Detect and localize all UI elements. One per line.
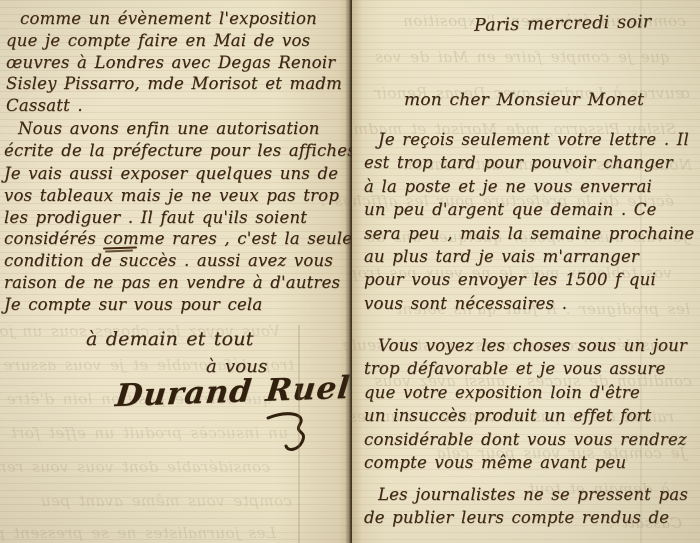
- paragraph: comme un évènement l'exposition que je c…: [6, 8, 342, 117]
- bleed-through-line: compte vous même avant peu: [41, 492, 293, 510]
- letter-line: vous sont nécessaires .: [364, 292, 694, 315]
- letter-line: pour vous envoyer les 1500 f qui: [364, 268, 694, 291]
- letter-line: les prodiguer . Il faut qu'ils soient: [4, 207, 352, 229]
- bleed-through-line: Les journalistes ne se pressent pas: [0, 524, 276, 542]
- letter-line: que je compte faire en Mai de vos: [6, 30, 342, 52]
- bleed-through-text: Vous voyez les choses sous un jour trop …: [0, 316, 300, 543]
- paragraph: Je reçois seulement votre lettre . Il es…: [364, 128, 694, 315]
- fold-crease: [298, 325, 300, 543]
- fold-crease: [640, 0, 642, 543]
- letter-scan: Vous voyez les choses sous un jour trop …: [0, 0, 700, 543]
- dateline: Paris mercredi soir: [474, 12, 652, 36]
- closing-line: à demain et tout: [86, 328, 254, 350]
- letter-line: Nous avons enfin une autorisation: [4, 118, 369, 140]
- salutation: mon cher Monsieur Monet: [404, 90, 644, 110]
- letter-line: considérés comme rares , c'est la seule: [4, 228, 352, 250]
- letter-line: considérable dont vous vous rendrez: [364, 428, 687, 451]
- letter-line: Cassatt .: [6, 95, 342, 117]
- letter-line: trop défavorable et je vous assure: [364, 357, 687, 380]
- letter-line: Je vais aussi exposer quelques uns de: [4, 163, 352, 185]
- bleed-through-line: considérable dont vous vous rendrez: [0, 458, 270, 476]
- letter-line: Je reçois seulement votre lettre . Il: [364, 128, 694, 151]
- letter-line: Sisley Pissarro, mde Morisot et madm: [6, 73, 342, 95]
- signature-paraph: [262, 408, 318, 456]
- letter-line: sera peu , mais la semaine prochaine: [364, 222, 694, 245]
- letter-page-right: comme un évènement l'exposition que je c…: [352, 0, 700, 543]
- letter-line: Vous voyez les choses sous un jour: [364, 334, 687, 357]
- paragraph: Je vais aussi exposer quelques uns de vo…: [4, 163, 352, 316]
- letter-line: un insuccès produit un effet fort: [364, 404, 687, 427]
- letter-line: condition de succès . aussi avez vous: [4, 250, 352, 272]
- letter-line: raison de ne pas en vendre à d'autres: [4, 272, 352, 294]
- bleed-through-line: un insuccès produit un effet fort: [10, 424, 288, 442]
- letter-line: écrite de la préfecture pour les affiche…: [4, 140, 369, 162]
- letter-line: un peu d'argent que demain . Ce: [364, 198, 694, 221]
- letter-line: œuvres à Londres avec Degas Renoir: [6, 52, 342, 74]
- bleed-through-line: que je compte faire en Mai de vos: [375, 48, 670, 66]
- letter-line: que votre exposition loin d'être: [364, 381, 687, 404]
- letter-line: au plus tard je vais m'arranger: [364, 245, 694, 268]
- letter-line: compte vous même avant peu: [364, 451, 687, 474]
- letter-line: vos tableaux mais je ne veux pas trop: [4, 185, 352, 207]
- letter-line: Je compte sur vous pour cela: [4, 294, 352, 316]
- letter-line: à la poste et je ne vous enverrai: [364, 175, 694, 198]
- paragraph: Vous voyez les choses sous un jour trop …: [364, 334, 687, 474]
- paragraph: Nous avons enfin une autorisation écrite…: [4, 118, 369, 162]
- letter-line: est trop tard pour pouvoir changer: [364, 151, 694, 174]
- letter-page-left: Vous voyez les choses sous un jour trop …: [0, 0, 352, 543]
- letter-line: comme un évènement l'exposition: [6, 8, 342, 30]
